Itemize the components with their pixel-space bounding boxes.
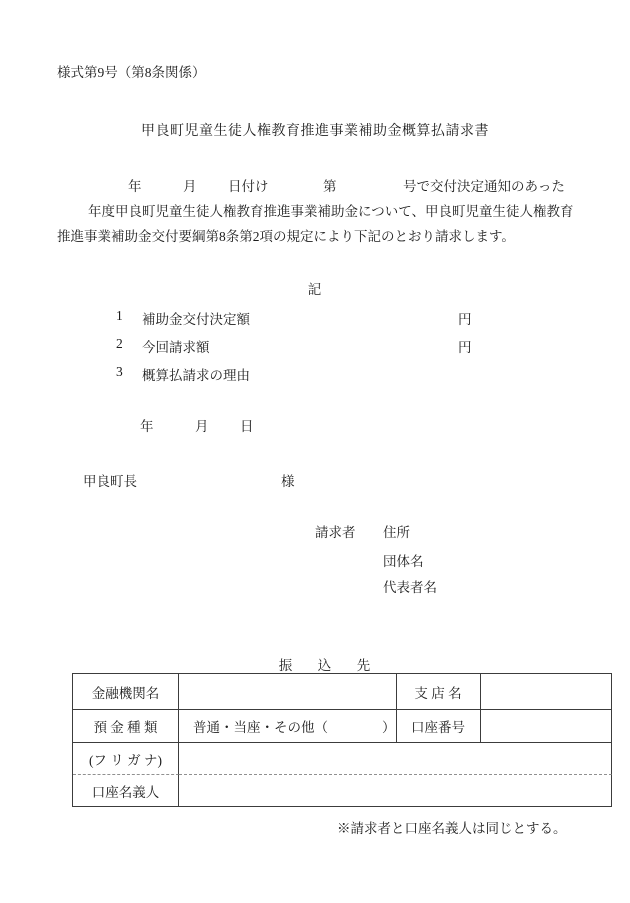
bank-name-value-cell: [179, 674, 397, 710]
account-number-label: 口座番号: [397, 710, 481, 743]
intro-line-1: 年 月 日付け 第 号で交付決定通知のあった: [0, 175, 630, 195]
date-year-label: 年: [140, 415, 154, 435]
item-2-label: 今回請求額: [142, 336, 210, 356]
addressee-line: 甲良町長 様: [0, 470, 630, 490]
intro-month-label: 月: [183, 175, 197, 195]
deposit-type-options: 普通・当座・その他（ ）: [179, 710, 397, 743]
bank-name-label: 金融機関名: [73, 674, 179, 710]
footnote: ※請求者と口座名義人は同じとする。: [337, 817, 567, 837]
item-row-1: 1 補助金交付決定額 円: [0, 308, 630, 328]
item-1-label: 補助金交付決定額: [142, 308, 250, 328]
transfer-row-deposit: 預 金 種 類 普通・当座・その他（ ） 口座番号: [73, 710, 612, 743]
item-1-number: 1: [116, 308, 123, 324]
intro-line-2: 年度甲良町児童生徒人権教育推進事業補助金について、甲良町児童生徒人権教育: [88, 200, 573, 220]
form-number: 様式第9号（第8条関係）: [57, 61, 206, 81]
intro-number-suffix: 号で交付決定通知のあった: [403, 175, 565, 195]
document-page: 様式第9号（第8条関係） 甲良町児童生徒人権教育推進事業補助金概算払請求書 年 …: [0, 0, 630, 903]
addressee-honorific: 様: [281, 470, 295, 490]
requester-representative-label: 代表者名: [383, 576, 437, 596]
requester-label: 請求者: [315, 521, 356, 541]
date-month-label: 月: [195, 415, 209, 435]
requester-block: 請求者 住所 団体名 代表者名: [0, 510, 630, 610]
item-1-unit: 円: [458, 308, 472, 328]
transfer-row-furigana: (フ リ ガ ナ): [73, 743, 612, 775]
transfer-row-holder: 口座名義人: [73, 775, 612, 807]
item-row-3: 3 概算払請求の理由: [0, 364, 630, 384]
item-2-unit: 円: [458, 336, 472, 356]
intro-day-label: 日付け: [228, 175, 269, 195]
transfer-table: 金融機関名 支 店 名 預 金 種 類 普通・当座・その他（ ） 口座番号 (フ…: [72, 673, 612, 807]
item-2-number: 2: [116, 336, 123, 352]
intro-number-prefix: 第: [323, 175, 337, 195]
deposit-type-label: 預 金 種 類: [73, 710, 179, 743]
transfer-table-heading: 振 込 先: [72, 654, 583, 674]
branch-name-label: 支 店 名: [397, 674, 481, 710]
document-title: 甲良町児童生徒人権教育推進事業補助金概算払請求書: [0, 120, 630, 140]
record-heading: 記: [0, 278, 630, 298]
account-holder-label: 口座名義人: [73, 775, 179, 807]
item-3-label: 概算払請求の理由: [142, 364, 250, 384]
date-day-label: 日: [240, 415, 254, 435]
addressee-title: 甲良町長: [83, 470, 137, 490]
requester-org-label: 団体名: [383, 550, 424, 570]
transfer-row-bank: 金融機関名 支 店 名: [73, 674, 612, 710]
requester-address-label: 住所: [383, 521, 410, 541]
date-line: 年 月 日: [0, 415, 630, 435]
item-row-2: 2 今回請求額 円: [0, 336, 630, 356]
account-number-value-cell: [481, 710, 612, 743]
furigana-value-cell: [179, 743, 612, 775]
branch-name-value-cell: [481, 674, 612, 710]
intro-year-label: 年: [128, 175, 142, 195]
account-holder-value-cell: [179, 775, 612, 807]
furigana-label: (フ リ ガ ナ): [73, 743, 179, 775]
intro-line-3: 推進事業補助金交付要綱第8条第2項の規定により下記のとおり請求します。: [57, 225, 515, 245]
item-3-number: 3: [116, 364, 123, 380]
